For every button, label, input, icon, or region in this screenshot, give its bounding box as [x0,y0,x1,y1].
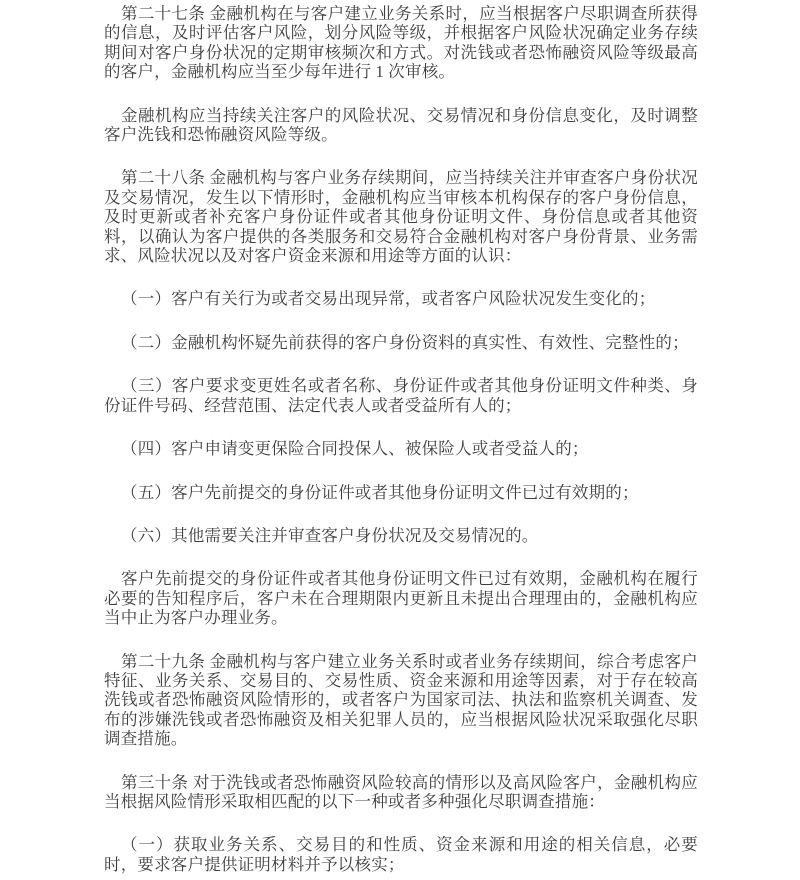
article-28-item-3: （三）客户要求变更姓名或者名称、身份证件或者其他身份证明文件种类、身份证件号码、… [104,376,698,415]
article-27-paragraph: 第二十七条 金融机构在与客户建立业务关系时，应当根据客户尽职调查所获得的信息，及… [104,4,698,82]
article-28-item-6: （六）其他需要关注并审查客户身份状况及交易情况的。 [104,526,698,545]
article-29-paragraph: 第二十九条 金融机构与客户建立业务关系时或者业务存续期间，综合考虑客户特征、业务… [104,652,698,749]
article-27-continuation: 金融机构应当持续关注客户的风险状况、交易情况和身份信息变化，及时调整客户洗钱和恐… [104,106,698,145]
document-page: 第二十七条 金融机构在与客户建立业务关系时，应当根据客户尽职调查所获得的信息，及… [0,0,800,880]
document-text-block: 第二十七条 金融机构在与客户建立业务关系时，应当根据客户尽职调查所获得的信息，及… [104,4,698,874]
article-28-item-5: （五）客户先前提交的身份证件或者其他身份证明文件已过有效期的； [104,483,698,502]
article-30-paragraph: 第三十条 对于洗钱或者恐怖融资风险较高的情形以及高风险客户，金融机构应当根据风险… [104,773,698,812]
article-28-item-1: （一）客户有关行为或者交易出现异常，或者客户风险状况发生变化的； [104,289,698,308]
article-28-paragraph: 第二十八条 金融机构与客户业务存续期间，应当持续关注并审查客户身份状况及交易情况… [104,168,698,265]
article-28-item-2: （二）金融机构怀疑先前获得的客户身份资料的真实性、有效性、完整性的； [104,333,698,352]
article-28-closing-paragraph: 客户先前提交的身份证件或者其他身份证明文件已过有效期，金融机构在履行必要的告知程… [104,569,698,627]
article-30-item-1: （一）获取业务关系、交易目的和性质、资金来源和用途的相关信息，必要时，要求客户提… [104,835,698,874]
article-28-item-4: （四）客户申请变更保险合同投保人、被保险人或者受益人的； [104,439,698,458]
